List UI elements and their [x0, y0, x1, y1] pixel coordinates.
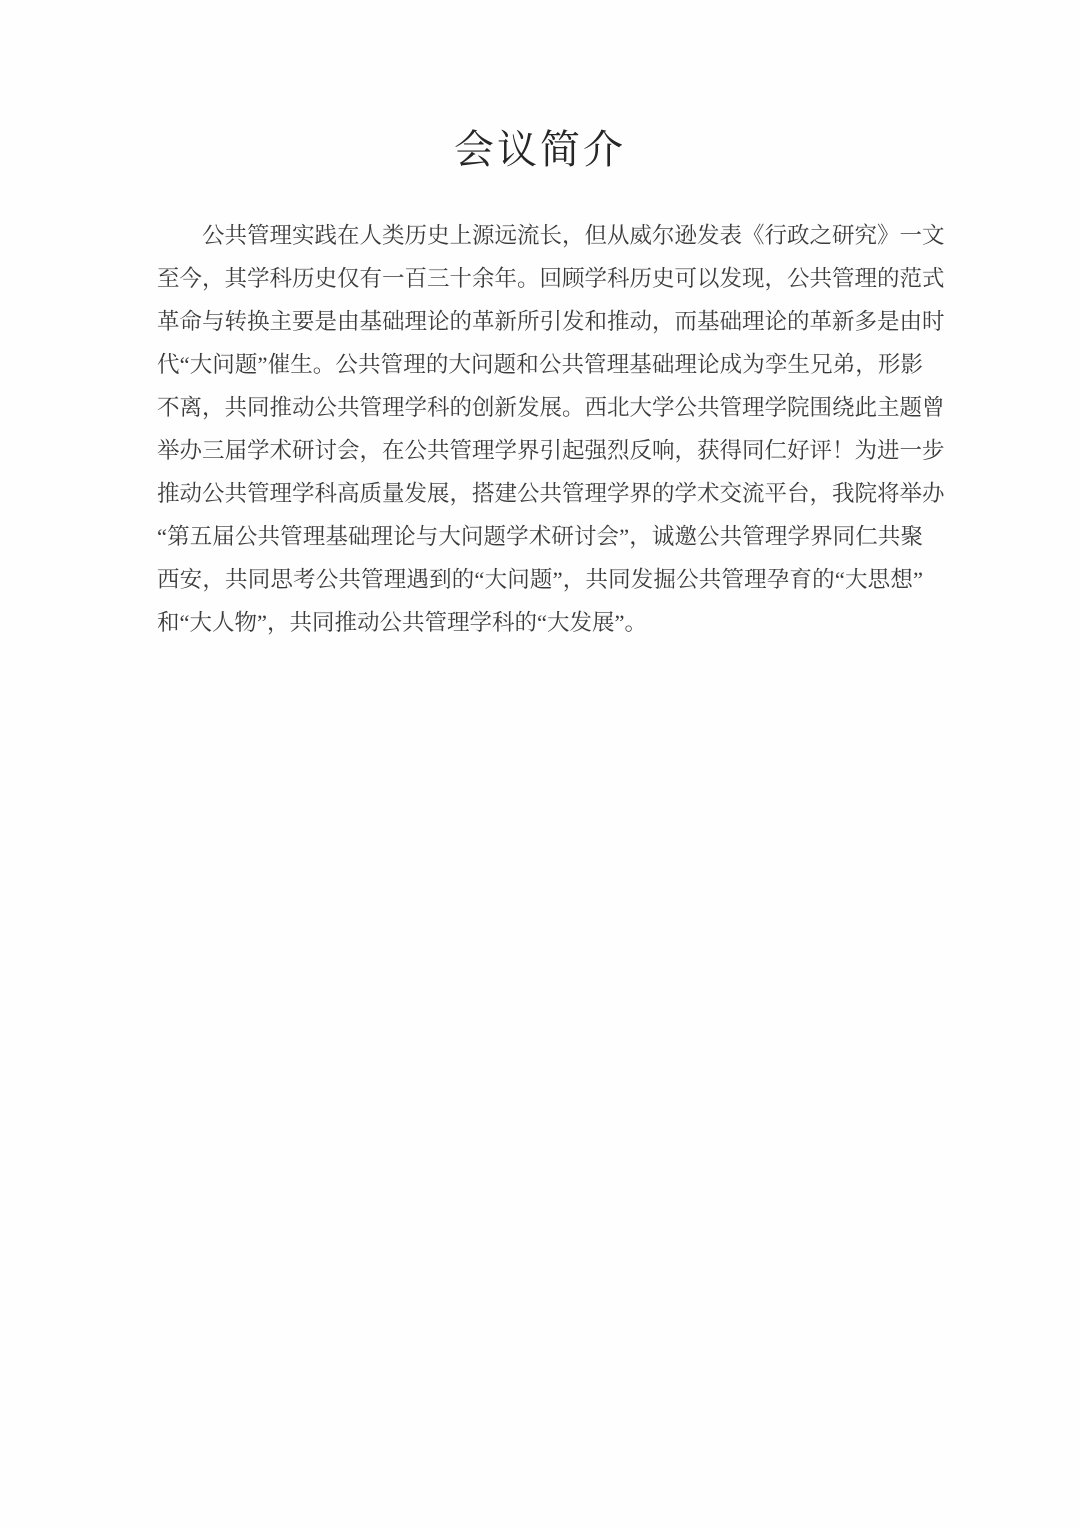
- paragraph-line: 革命与转换主要是由基础理论的革新所引发和推动，而基础理论的革新多是由时: [157, 300, 923, 343]
- page-title: 会议简介: [0, 0, 1080, 174]
- paragraph-line: 推动公共管理学科高质量发展，搭建公共管理学界的学术交流平台，我院将举办: [157, 472, 923, 515]
- paragraph-line: 西安，共同思考公共管理遇到的“大问题”，共同发掘公共管理孕育的“大思想”: [157, 558, 923, 601]
- paragraph-line: 举办三届学术研讨会，在公共管理学界引起强烈反响，获得同仁好评！为进一步: [157, 429, 923, 472]
- paragraph-line: “第五届公共管理基础理论与大问题学术研讨会”，诚邀公共管理学界同仁共聚: [157, 515, 923, 558]
- paragraph-line: 不离，共同推动公共管理学科的创新发展。西北大学公共管理学院围绕此主题曾: [157, 386, 923, 429]
- paragraph-line: 代“大问题”催生。公共管理的大问题和公共管理基础理论成为孪生兄弟，形影: [157, 343, 923, 386]
- paragraph-line: 至今，其学科历史仅有一百三十余年。回顾学科历史可以发现，公共管理的范式: [157, 257, 923, 300]
- paragraph-line: 和“大人物”，共同推动公共管理学科的“大发展”。: [157, 601, 923, 644]
- document-page: 会议简介 公共管理实践在人类历史上源远流长，但从威尔逊发表《行政之研究》一文 至…: [0, 0, 1080, 1527]
- conference-intro-paragraph: 公共管理实践在人类历史上源远流长，但从威尔逊发表《行政之研究》一文 至今，其学科…: [157, 214, 923, 644]
- paragraph-line: 公共管理实践在人类历史上源远流长，但从威尔逊发表《行政之研究》一文: [157, 214, 923, 257]
